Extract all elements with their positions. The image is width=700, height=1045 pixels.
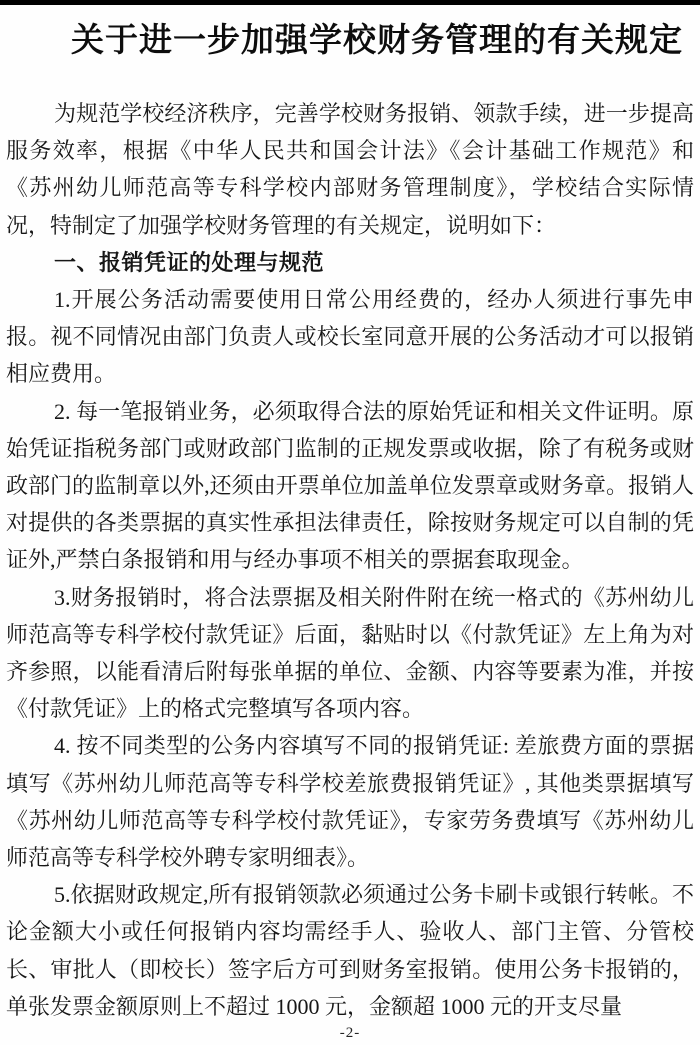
section-heading: 一、报销凭证的处理与规范 [6, 244, 694, 281]
item-4-paragraph: 4. 按不同类型的公务内容填写不同的报销凭证: 差旅费方面的票据填写《苏州幼儿师… [6, 727, 694, 876]
item-3-paragraph: 3.财务报销时，将合法票据及相关附件附在统一格式的《苏州幼儿师范高等专科学校付款… [6, 579, 694, 728]
item-1-paragraph: 1.开展公务活动需要使用日常公用经费的，经办人须进行事先申报。视不同情况由部门负… [6, 281, 694, 393]
item-5-paragraph: 5.依据财政规定,所有报销领款必须通过公务卡刷卡或银行转帐。不论金额大小或任何报… [6, 876, 694, 1025]
item-2-paragraph: 2. 每一笔报销业务，必须取得合法的原始凭证和相关文件证明。原始凭证指税务部门或… [6, 393, 694, 579]
document-body: 为规范学校经济秩序，完善学校财务报销、领款手续，进一步提高服务效率，根据《中华人… [6, 95, 694, 1025]
document-title: 关于进一步加强学校财务管理的有关规定 [0, 20, 700, 62]
scan-edge-bar [0, 0, 700, 5]
page-number: -2- [0, 1025, 700, 1042]
intro-paragraph: 为规范学校经济秩序，完善学校财务报销、领款手续，进一步提高服务效率，根据《中华人… [6, 95, 694, 244]
